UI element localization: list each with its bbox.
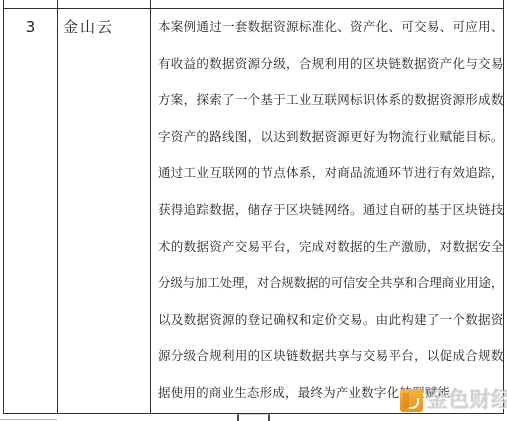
table-border-col2: [150, 0, 151, 413]
description-line: 本案例通过一套数据资源标准化、资产化、可交易、可应用、: [158, 9, 503, 46]
description-line: 通过工业互联网的节点体系，对商品流通环节进行有效追踪，: [158, 155, 503, 192]
description-cell: 本案例通过一套数据资源标准化、资产化、可交易、可应用、 有收益的数据资源分级，合…: [158, 9, 503, 412]
description-line: 获得追踪数据，储存于区块链网络。通过自研的基于区块链技: [158, 192, 503, 229]
watermark-text: 金色财经: [427, 388, 507, 412]
description-line: 术的数据资产交易平台，完成对数据的生产激励，对数据安全: [158, 229, 503, 266]
description-line: 分级与加工处理，对合规数据的可信安全共享和合理商业用途，: [158, 265, 503, 302]
jinse-logo-icon: [400, 389, 423, 412]
description-line: 方案，探索了一个基于工业互联网标识体系的数据资源形成数: [158, 82, 503, 119]
description-line: 以及数据资源的登记确权和定价交易。由此构建了一个数据资: [158, 302, 503, 339]
next-row-border-fragment: [0, 419, 57, 420]
table-border-col1: [57, 0, 58, 413]
table-border-right: [503, 0, 504, 413]
document-table-screenshot: 3 金山云 本案例通过一套数据资源标准化、资产化、可交易、可应用、 有收益的数据…: [0, 0, 507, 421]
company-name-cell: 金山云: [63, 19, 148, 36]
description-line: 源分级合规利用的区块链数据共享与交易平台，以促成合规数: [158, 338, 503, 375]
table-border-left: [3, 0, 4, 413]
next-row-cell-fragment: [237, 414, 270, 421]
description-line: 有收益的数据资源分级，合规利用的区块链数据资产化与交易: [158, 46, 503, 83]
description-line: 字资产的路线图，以达到数据资源更好为物流行业赋能目标。: [158, 119, 503, 156]
row-index-cell: 3: [4, 19, 57, 36]
jinse-finance-watermark: 金色财经: [399, 387, 507, 413]
